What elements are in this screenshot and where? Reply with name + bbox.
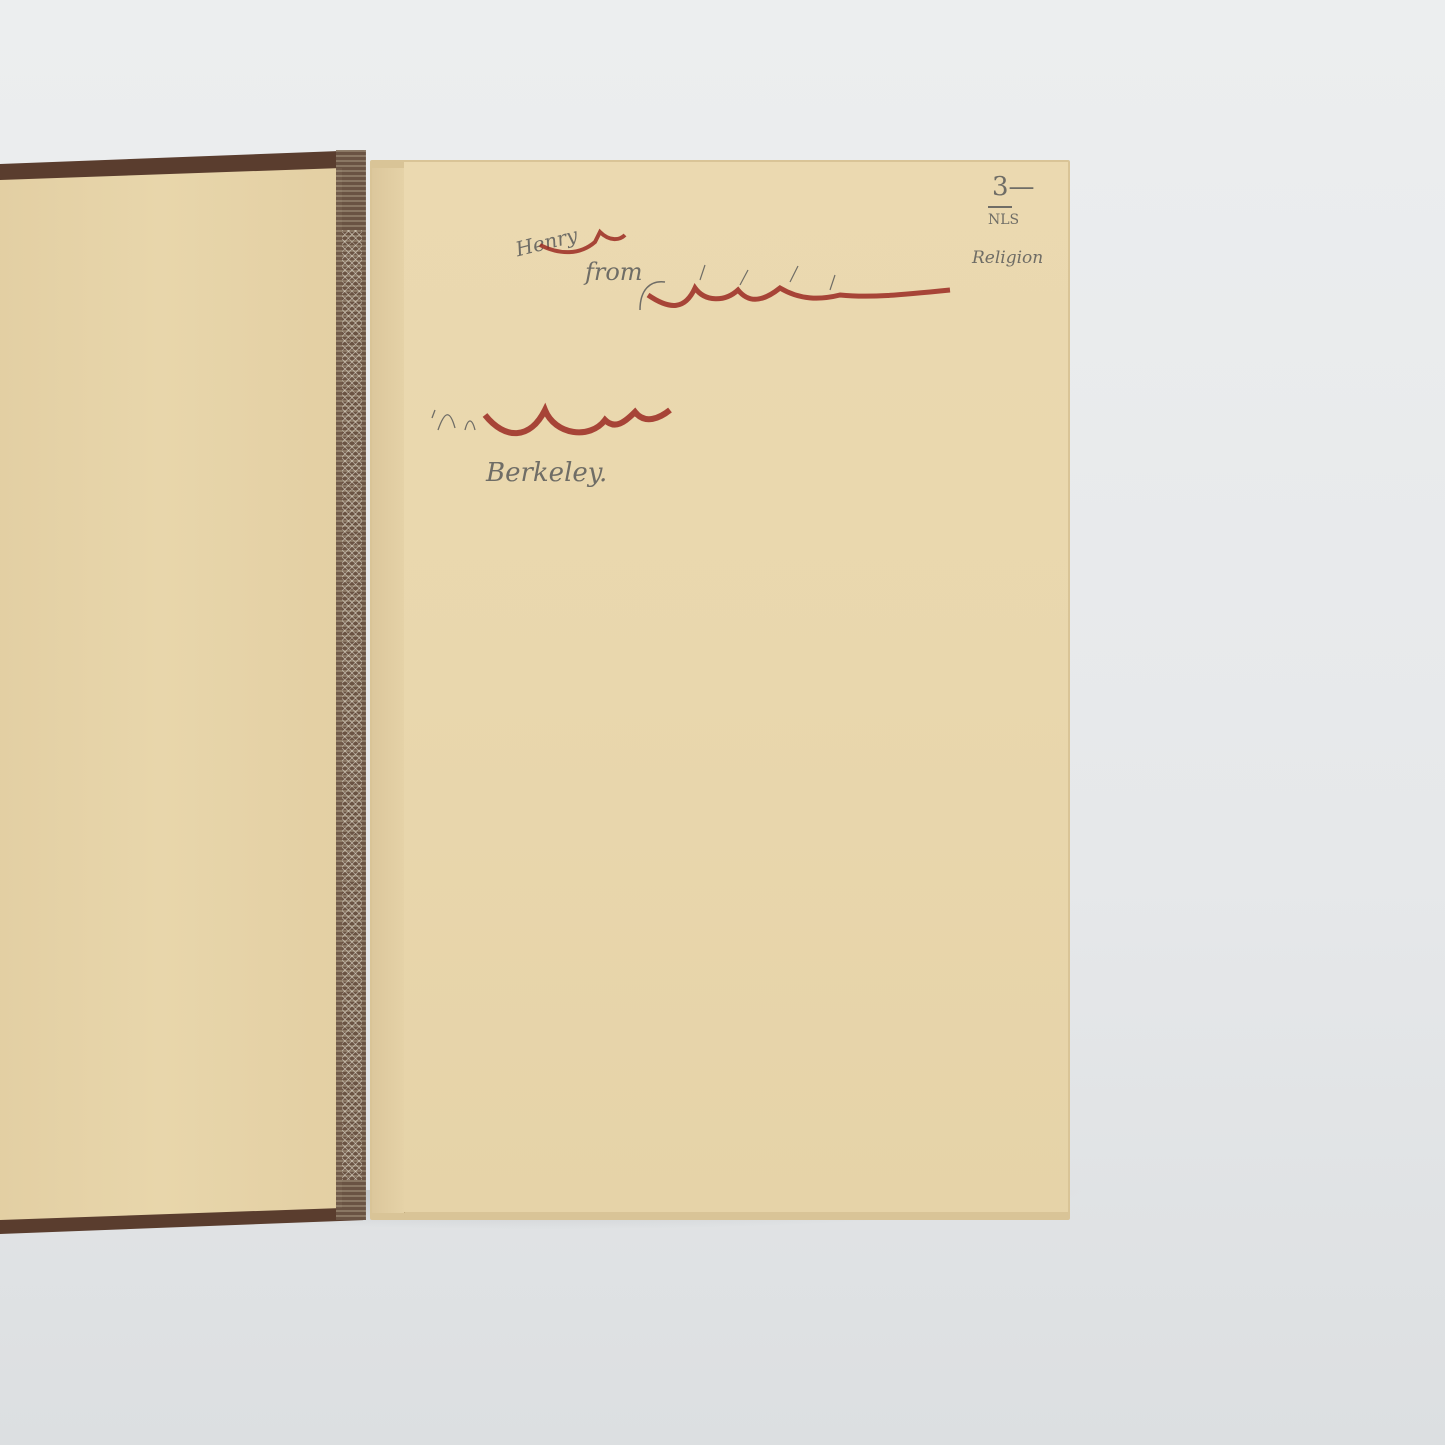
endpaper-fold	[372, 168, 405, 1213]
inscription-place: Berkeley.	[486, 458, 607, 488]
price-mark: 3—	[992, 172, 1035, 202]
code-mark: NLS	[988, 212, 1019, 228]
red-strikethrough-2	[420, 390, 700, 460]
category-mark: Religion	[972, 248, 1043, 268]
price-underline	[988, 206, 1012, 208]
front-pastedown	[0, 168, 342, 1221]
red-strikethrough-1	[500, 210, 980, 330]
hinge-mesh	[342, 230, 362, 1180]
